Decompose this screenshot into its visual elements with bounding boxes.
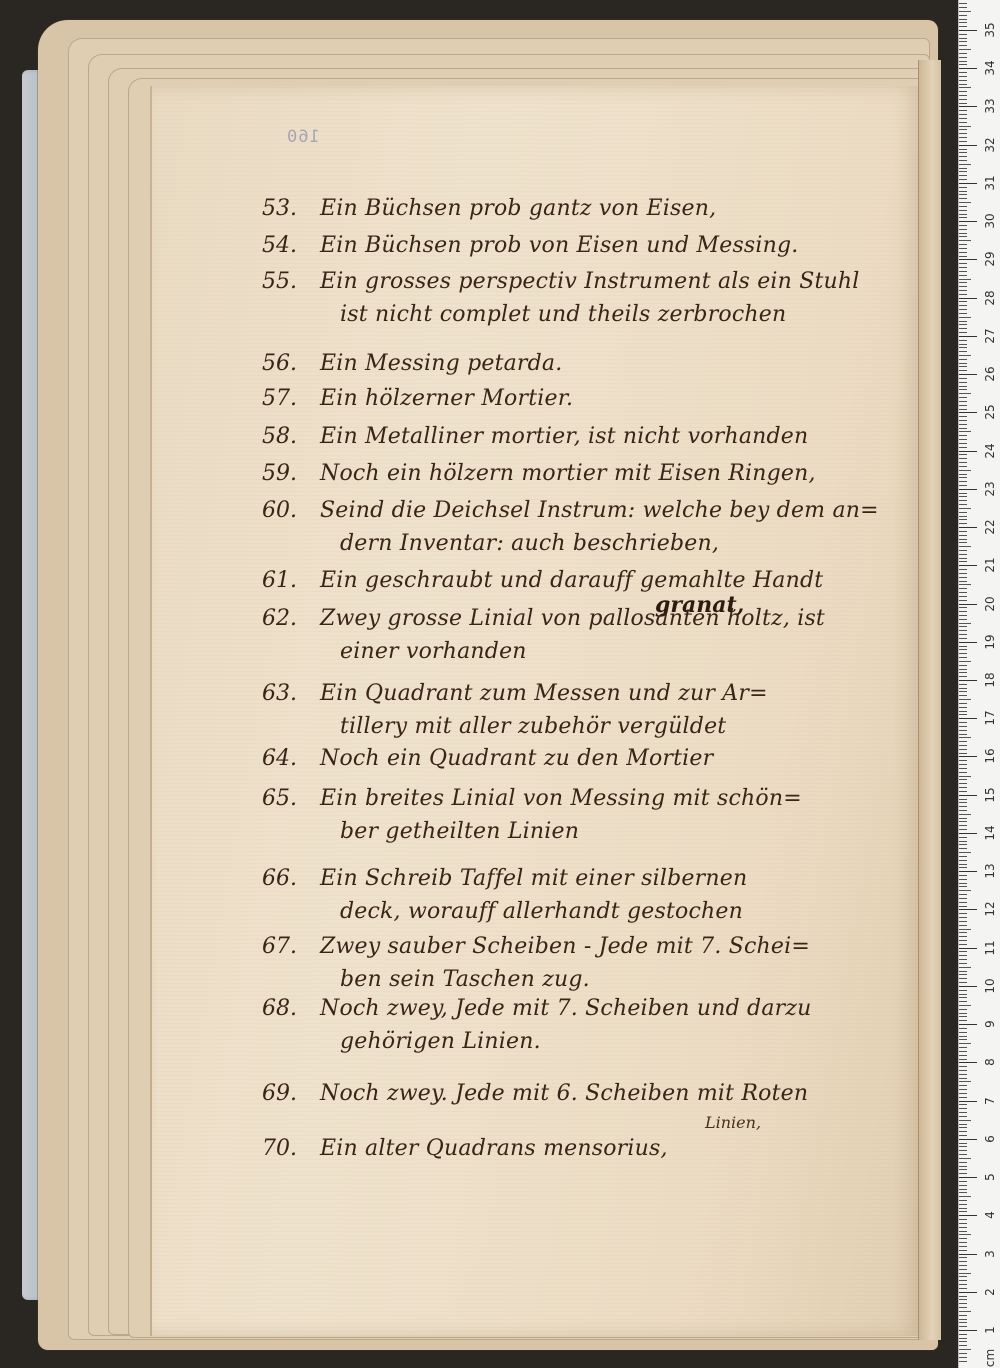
ruler-label: 35: [980, 19, 1000, 41]
ruler-tick: [959, 435, 967, 436]
ruler-tick: [959, 259, 977, 260]
ruler-tick: [959, 1242, 967, 1243]
ruler-tick: [959, 971, 967, 972]
entry-number: 56.: [262, 351, 297, 376]
ruler-tick: [959, 646, 967, 647]
ruler-tick: [959, 1124, 967, 1125]
ruler-tick: [959, 711, 967, 712]
entry-text-continuation: dern Inventar: auch beschrieben,: [340, 531, 719, 556]
ruler-tick: [959, 1108, 967, 1109]
ruler-tick: [959, 791, 967, 792]
ruler-tick: [959, 248, 967, 249]
ruler-tick: [959, 669, 967, 670]
folio-stamp-mirrored: 160: [286, 127, 320, 147]
ruler-tick: [959, 179, 967, 180]
ruler-tick: [959, 133, 967, 134]
ruler-tick: [959, 363, 967, 364]
ruler-tick: [959, 787, 967, 788]
ruler-tick: [959, 1299, 967, 1300]
ruler-tick: [959, 454, 967, 455]
ruler-tick: [959, 351, 967, 352]
ruler-tick: [959, 1338, 967, 1339]
entry-number: 67.: [262, 934, 297, 959]
ruler-tick: [959, 1081, 971, 1082]
ruler-tick: [959, 332, 967, 333]
ruler-tick: [959, 630, 967, 631]
ruler-tick: [959, 294, 967, 295]
ruler-tick: [959, 1104, 967, 1105]
ruler-tick: [959, 542, 967, 543]
ruler-tick: [959, 1292, 977, 1293]
ruler-tick: [959, 1143, 967, 1144]
ruler-tick: [959, 1139, 977, 1140]
ruler-tick: [959, 313, 967, 314]
ruler-tick: [959, 852, 971, 853]
measurement-ruler: 1234567891011121314151617181920212223242…: [958, 0, 1000, 1368]
ruler-tick: [959, 799, 967, 800]
ruler-tick: [959, 305, 967, 306]
ruler-label: 32: [980, 134, 1000, 156]
ruler-tick: [959, 1047, 967, 1048]
ruler-label: 1: [980, 1319, 1000, 1341]
ruler-tick: [959, 386, 967, 387]
ruler-tick: [959, 328, 967, 329]
ruler-tick: [959, 106, 977, 107]
ruler-label: 7: [980, 1090, 1000, 1112]
ruler-tick: [959, 194, 967, 195]
ruler-tick: [959, 1261, 967, 1262]
ruler-label: 15: [980, 784, 1000, 806]
ruler-tick: [959, 393, 971, 394]
ruler-tick: [959, 317, 971, 318]
ruler-tick: [959, 913, 967, 914]
ruler-tick: [959, 1036, 967, 1037]
entry-text: Ein breites Linial von Messing mit schön…: [320, 786, 802, 811]
ruler-tick: [959, 577, 967, 578]
ruler-tick: [959, 519, 967, 520]
ruler-tick: [959, 1326, 967, 1327]
entry-number: 64.: [262, 746, 297, 771]
entry-text: Ein Büchsen prob gantz von Eisen,: [320, 196, 716, 221]
entry-text: Noch zwey, Jede mit 7. Scheiben und darz…: [320, 996, 812, 1021]
ruler-tick: [959, 607, 967, 608]
ruler-tick: [959, 695, 967, 696]
entry-text: Noch ein Quadrant zu den Mortier: [320, 746, 713, 771]
ruler-label: 14: [980, 822, 1000, 844]
ruler-tick: [959, 665, 967, 666]
ruler-tick: [959, 1089, 967, 1090]
ruler-tick: [959, 458, 967, 459]
ruler-tick: [959, 1196, 971, 1197]
ruler-tick: [959, 550, 967, 551]
ruler-tick: [959, 7, 967, 8]
ruler-tick: [959, 244, 967, 245]
ruler-tick: [959, 1173, 967, 1174]
entry-text: Zwey sauber Scheiben - Jede mit 7. Schei…: [320, 934, 810, 959]
ruler-tick: [959, 1039, 967, 1040]
ruler-tick: [959, 57, 967, 58]
entry-number: 59.: [262, 461, 297, 486]
ruler-tick: [959, 959, 967, 960]
ruler-tick: [959, 554, 967, 555]
ruler-tick: [959, 489, 977, 490]
ruler-tick: [959, 844, 967, 845]
ruler-tick: [959, 508, 971, 509]
ruler-tick: [959, 496, 967, 497]
ruler-tick: [959, 691, 967, 692]
ruler-tick: [959, 34, 967, 35]
ruler-tick: [959, 1345, 967, 1346]
ruler-tick: [959, 680, 977, 681]
ruler-tick: [959, 271, 967, 272]
ruler-tick: [959, 114, 967, 115]
ruler-tick: [959, 684, 967, 685]
ruler-tick: [959, 657, 967, 658]
ruler-tick: [959, 95, 967, 96]
ruler-tick: [959, 72, 967, 73]
ruler-tick: [959, 699, 971, 700]
ruler-tick: [959, 596, 967, 597]
ruler-tick: [959, 1181, 967, 1182]
ruler-label: 18: [980, 669, 1000, 691]
entry-number: 68.: [262, 996, 297, 1021]
ruler-tick: [959, 588, 967, 589]
ruler-tick: [959, 626, 967, 627]
ruler-tick: [959, 382, 967, 383]
ruler-tick: [959, 359, 967, 360]
ruler-tick: [959, 187, 967, 188]
ruler-tick: [959, 26, 967, 27]
ruler-tick: [959, 160, 967, 161]
book-gutter: [918, 60, 941, 1340]
ruler-tick: [959, 282, 967, 283]
ruler-tick: [959, 175, 967, 176]
ruler-tick: [959, 753, 967, 754]
ruler-tick: [959, 477, 967, 478]
ruler-tick: [959, 929, 971, 930]
ruler-tick: [959, 1016, 967, 1017]
ruler-tick: [959, 1204, 967, 1205]
ruler-tick: [959, 1269, 967, 1270]
ruler-tick: [959, 1215, 977, 1216]
ruler-tick: [959, 703, 967, 704]
ruler-tick: [959, 1097, 967, 1098]
entry-text-continuation: gehörigen Linien.: [340, 1029, 541, 1054]
ruler-tick: [959, 416, 967, 417]
ruler-tick: [959, 1223, 967, 1224]
ruler-tick: [959, 649, 967, 650]
ruler-tick: [959, 611, 967, 612]
ruler-tick: [959, 1276, 967, 1277]
ruler-tick: [959, 1062, 977, 1063]
ruler-tick: [959, 535, 967, 536]
ruler-tick: [959, 229, 967, 230]
ruler-tick: [959, 252, 967, 253]
ruler-tick: [959, 1116, 967, 1117]
ruler-label: 29: [980, 248, 1000, 270]
ruler-tick: [959, 722, 967, 723]
ruler-label: 20: [980, 593, 1000, 615]
ruler-tick: [959, 401, 967, 402]
ruler-tick: [959, 141, 967, 142]
ruler-tick: [959, 940, 967, 941]
ruler-tick: [959, 466, 967, 467]
entry-number: 65.: [262, 786, 297, 811]
ruler-tick: [959, 906, 967, 907]
ruler-tick: [959, 565, 977, 566]
ruler-tick: [959, 1150, 967, 1151]
ruler-tick: [959, 1315, 967, 1316]
entry-number: 60.: [262, 498, 297, 523]
ruler-tick: [959, 214, 967, 215]
ruler-tick: [959, 481, 967, 482]
ruler-tick: [959, 53, 967, 54]
ruler-tick: [959, 573, 967, 574]
ruler-tick: [959, 1303, 967, 1304]
ruler-tick: [959, 1319, 967, 1320]
ruler-tick: [959, 99, 967, 100]
ruler-tick: [959, 1013, 967, 1014]
ruler-tick: [959, 978, 967, 979]
ruler-tick: [959, 833, 977, 834]
ruler-tick: [959, 909, 977, 910]
ruler-tick: [959, 592, 967, 593]
ruler-tick: [959, 921, 967, 922]
ruler-tick: [959, 802, 967, 803]
ruler-tick: [959, 581, 967, 582]
ruler-tick: [959, 474, 967, 475]
ruler-label: 6: [980, 1128, 1000, 1150]
ruler-label: 33: [980, 95, 1000, 117]
entry-number: 54.: [262, 233, 297, 258]
ruler-tick: [959, 1349, 971, 1350]
ruler-tick: [959, 856, 967, 857]
ruler-tick: [959, 883, 967, 884]
ruler-tick: [959, 183, 977, 184]
ruler-tick: [959, 994, 967, 995]
ruler-tick: [959, 619, 967, 620]
ruler-tick: [959, 137, 967, 138]
ruler-tick: [959, 1238, 967, 1239]
ruler-tick: [959, 527, 977, 528]
ruler-tick: [959, 1231, 967, 1232]
ruler-tick: [959, 1177, 977, 1178]
manuscript-photo: 160 53.Ein Büchsen prob gantz von Eisen,…: [0, 0, 1000, 1368]
ruler-tick: [959, 1254, 977, 1255]
ruler-tick: [959, 1020, 967, 1021]
ruler-tick: [959, 38, 967, 39]
entry-text: Ein Messing petarda.: [320, 351, 562, 376]
ruler-tick: [959, 1288, 967, 1289]
entry-text: Ein Quadrant zum Messen und zur Ar=: [320, 681, 768, 706]
ruler-tick: [959, 818, 967, 819]
ruler-tick: [959, 340, 967, 341]
ruler-tick: [959, 389, 967, 390]
ruler-tick: [959, 61, 967, 62]
ruler-tick: [959, 1322, 967, 1323]
ruler-tick: [959, 447, 967, 448]
entry-number: 66.: [262, 866, 297, 891]
ruler-tick: [959, 1101, 977, 1102]
ruler-tick: [959, 688, 967, 689]
ruler-tick: [959, 516, 967, 517]
ruler-tick: [959, 1120, 971, 1121]
ruler-tick: [959, 1189, 967, 1190]
ruler-tick: [959, 986, 977, 987]
ruler-tick: [959, 1284, 967, 1285]
ruler-tick: [959, 917, 967, 918]
ruler-tick: [959, 164, 971, 165]
ruler-tick: [959, 1361, 967, 1362]
ruler-tick: [959, 1334, 967, 1335]
ruler-tick: [959, 810, 967, 811]
ruler-tick: [959, 1227, 967, 1228]
ruler-tick: [959, 22, 967, 23]
ruler-label: 27: [980, 325, 1000, 347]
ruler-label: 26: [980, 363, 1000, 385]
ruler-tick: [959, 745, 967, 746]
entry-text-continuation: ben sein Taschen zug.: [340, 967, 590, 992]
ruler-tick: [959, 925, 967, 926]
ruler-tick: [959, 1341, 967, 1342]
ruler-tick: [959, 779, 967, 780]
ruler-tick: [959, 80, 967, 81]
ruler-tick: [959, 103, 967, 104]
ruler-tick: [959, 864, 967, 865]
ruler-tick: [959, 202, 971, 203]
ruler-tick: [959, 1070, 967, 1071]
ruler-label: 5: [980, 1166, 1000, 1188]
ruler-tick: [959, 783, 967, 784]
ruler-tick: [959, 324, 967, 325]
ruler-tick: [959, 806, 967, 807]
ruler-tick: [959, 967, 971, 968]
ruler-tick: [959, 152, 967, 153]
ruler-tick: [959, 875, 967, 876]
ruler-tick: [959, 1158, 971, 1159]
ruler-tick: [959, 451, 977, 452]
ruler-tick: [959, 1219, 967, 1220]
ruler-tick: [959, 890, 971, 891]
ruler-tick: [959, 737, 971, 738]
ruler-tick: [959, 3, 967, 4]
ruler-label: 9: [980, 1013, 1000, 1035]
ruler-tick: [959, 431, 971, 432]
ruler-tick: [959, 1028, 967, 1029]
ruler-label: 3: [980, 1243, 1000, 1265]
ruler-tick: [959, 1357, 967, 1358]
ruler-label: 24: [980, 440, 1000, 462]
ruler-tick: [959, 198, 967, 199]
ruler-tick: [959, 1330, 977, 1331]
ruler-tick: [959, 30, 977, 31]
ruler-tick: [959, 470, 971, 471]
ruler-tick: [959, 764, 967, 765]
ruler-label: 12: [980, 898, 1000, 920]
ruler-tick: [959, 734, 967, 735]
ruler-tick: [959, 1093, 967, 1094]
entry-text: Seind die Deichsel Instrum: welche bey d…: [320, 498, 879, 523]
entry-number: 69.: [262, 1081, 297, 1106]
ruler-tick: [959, 500, 967, 501]
ruler-tick: [959, 1273, 971, 1274]
ruler-tick: [959, 726, 967, 727]
ruler-tick: [959, 730, 967, 731]
ruler-tick: [959, 653, 967, 654]
ruler-tick: [959, 546, 971, 547]
ruler-tick: [959, 776, 971, 777]
ruler-tick: [959, 1166, 967, 1167]
ruler-tick: [959, 955, 967, 956]
ruler-label: 34: [980, 57, 1000, 79]
ruler-tick: [959, 267, 967, 268]
ruler-tick: [959, 149, 967, 150]
ruler-tick: [959, 405, 967, 406]
ruler-tick: [959, 191, 967, 192]
ruler-tick: [959, 49, 971, 50]
ruler-tick: [959, 15, 967, 16]
ruler-tick: [959, 1211, 967, 1212]
ruler-tick: [959, 129, 967, 130]
entry-number: 70.: [262, 1136, 297, 1161]
ruler-tick: [959, 1208, 967, 1209]
ruler-tick: [959, 1112, 967, 1113]
ruler-tick: [959, 768, 967, 769]
ruler-tick: [959, 1250, 967, 1251]
ruler-tick: [959, 963, 967, 964]
ruler-tick: [959, 240, 971, 241]
ruler-tick: [959, 623, 971, 624]
ruler-tick: [959, 298, 977, 299]
entry-text-continuation: deck, worauff allerhandt gestochen: [340, 899, 743, 924]
ruler-tick: [959, 569, 967, 570]
ruler-tick: [959, 879, 967, 880]
ruler-tick: [959, 1192, 967, 1193]
ruler-tick: [959, 1154, 967, 1155]
ruler-tick: [959, 944, 967, 945]
entry-text: Ein hölzerner Mortier.: [320, 386, 573, 411]
ruler-tick: [959, 504, 967, 505]
entry-text-continuation: einer vorhanden: [340, 639, 527, 664]
ruler-tick: [959, 1234, 971, 1235]
entry-number: 57.: [262, 386, 297, 411]
ruler-tick: [959, 997, 967, 998]
ruler-tick: [959, 145, 977, 146]
ruler-label: 28: [980, 287, 1000, 309]
ruler-tick: [959, 642, 977, 643]
ruler-tick: [959, 1169, 967, 1170]
ruler-tick: [959, 409, 967, 410]
ruler-tick: [959, 1085, 967, 1086]
ruler-tick: [959, 561, 967, 562]
ruler-tick: [959, 1257, 967, 1258]
ruler-tick: [959, 756, 977, 757]
ruler-tick: [959, 1131, 967, 1132]
ruler-tick: [959, 894, 967, 895]
entry-text-continuation: ber getheilten Linien: [340, 819, 579, 844]
ruler-tick: [959, 1074, 967, 1075]
ruler-tick: [959, 309, 967, 310]
ruler-tick: [959, 87, 971, 88]
entry-number: 63.: [262, 681, 297, 706]
ruler-tick: [959, 634, 967, 635]
ruler-tick: [959, 171, 967, 172]
ruler-tick: [959, 1043, 971, 1044]
ruler-tick: [959, 84, 967, 85]
ruler-tick: [959, 821, 967, 822]
ruler-tick: [959, 91, 967, 92]
ruler-tick: [959, 126, 971, 127]
